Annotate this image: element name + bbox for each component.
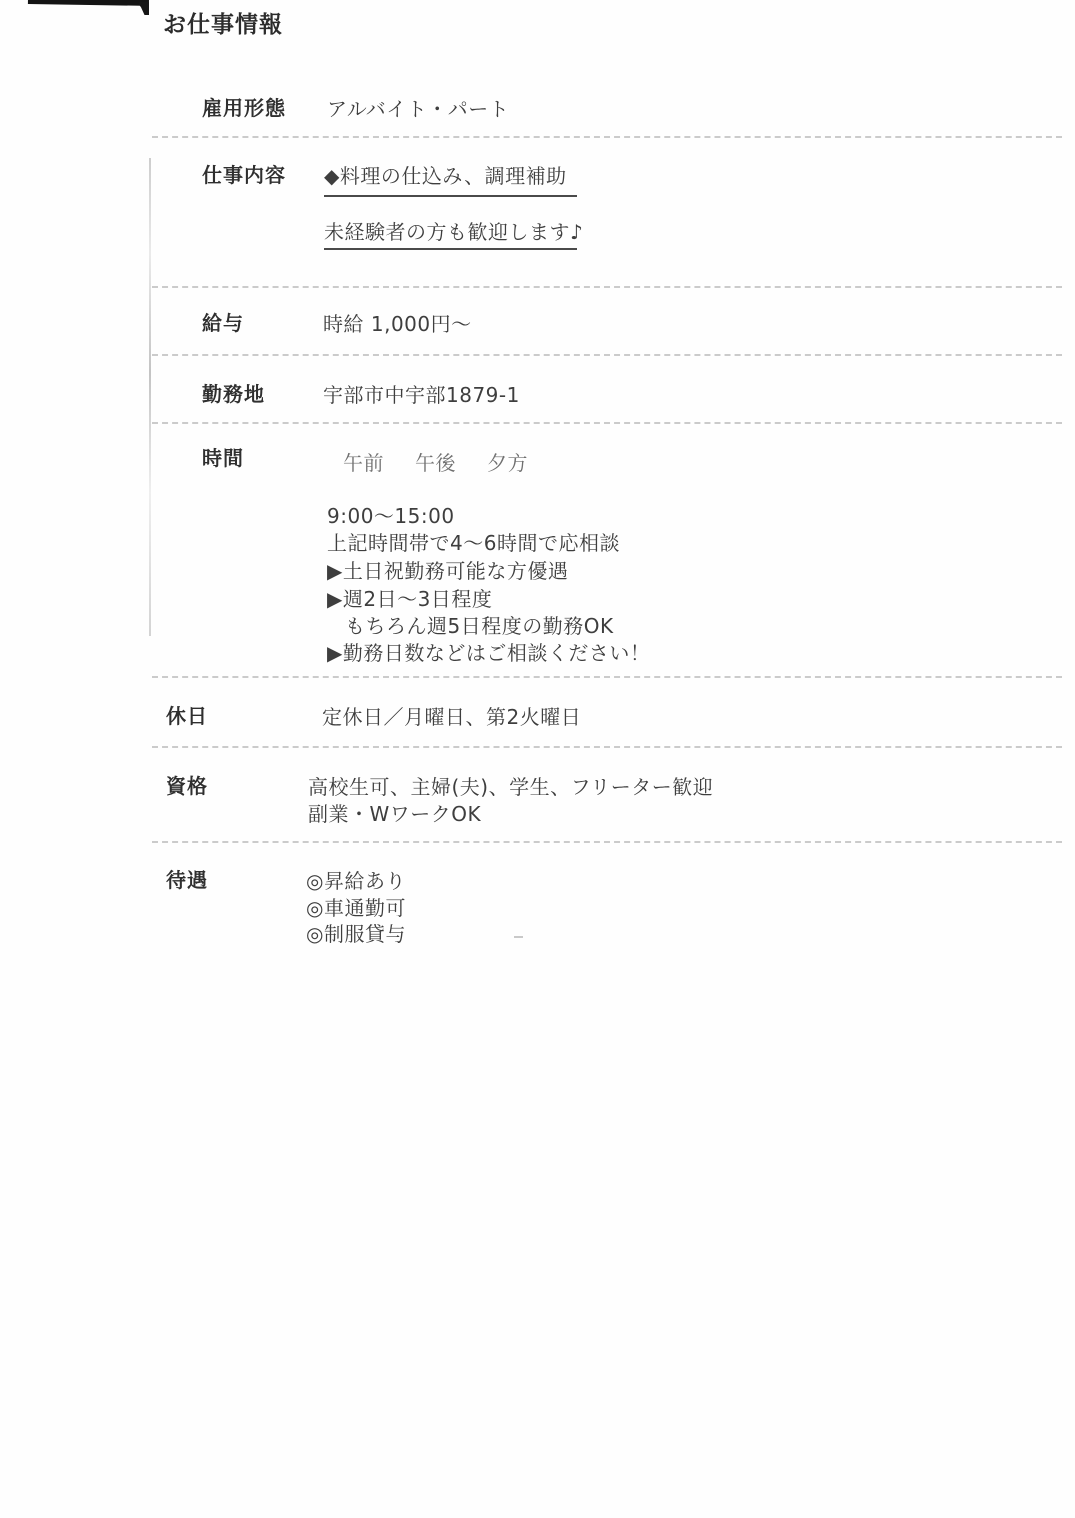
row-label-salary: 給与 [202, 307, 244, 336]
qualifications-line2: 副業・WワークOK [308, 798, 481, 827]
page-title: お仕事情報 [163, 6, 283, 39]
row-label-location: 勤務地 [202, 378, 265, 407]
row-label-benefits: 待遇 [166, 864, 208, 893]
row-separator [152, 286, 1062, 288]
hours-period-tabs: 午前 午後 夕方 [343, 447, 528, 476]
row-separator [152, 354, 1062, 356]
job-description-line1: ◆料理の仕込み、調理補助 [324, 160, 567, 189]
benefits-line2: ◎車通勤可 [306, 892, 406, 921]
row-value-holidays: 定休日／月曜日、第2火曜日 [322, 701, 581, 730]
scanned-job-info-document: お仕事情報 雇用形態 アルバイト・パート 仕事内容 ◆料理の仕込み、調理補助 未… [0, 0, 1075, 1518]
row-value-salary: 時給 1,000円～ [323, 308, 472, 337]
period-morning: 午前 [343, 447, 384, 476]
job-description-underline-top [324, 195, 577, 197]
row-separator [152, 422, 1062, 424]
hours-note-4: もちろん週5日程度の勤務OK [345, 610, 614, 639]
period-afternoon: 午後 [415, 447, 456, 476]
scan-artifact-bottom-dash [514, 936, 523, 938]
scan-artifact-left-line [149, 158, 151, 636]
hours-note-3: ▶週2日～3日程度 [327, 583, 492, 612]
period-evening: 夕方 [487, 447, 528, 476]
row-value-location: 宇部市中宇部1879-1 [323, 379, 520, 408]
row-separator [152, 136, 1062, 138]
row-separator [152, 676, 1062, 678]
hours-note-1: 上記時間帯で4～6時間で応相談 [327, 527, 620, 556]
hours-time-range: 9:00～15:00 [327, 500, 455, 529]
job-description-line2: 未経験者の方も歓迎します♪ [324, 216, 583, 245]
row-label-employment-type: 雇用形態 [202, 92, 286, 121]
hours-note-2: ▶土日祝勤務可能な方優遇 [327, 555, 568, 584]
row-label-hours: 時間 [202, 442, 244, 471]
hours-note-5: ▶勤務日数などはご相談ください！ [327, 637, 650, 666]
benefits-line3: ◎制服貸与 [306, 918, 406, 947]
row-separator [152, 746, 1062, 748]
row-separator [152, 841, 1062, 843]
row-label-holidays: 休日 [166, 700, 208, 729]
benefits-line1: ◎昇給あり [306, 865, 406, 894]
row-label-job-description: 仕事内容 [202, 159, 286, 188]
scan-artifact-top-hook [139, 2, 149, 15]
scan-artifact-top-bar [28, 0, 149, 6]
qualifications-line1: 高校生可、主婦(夫)、学生、フリーター歓迎 [308, 771, 713, 800]
job-description-underline-bottom [324, 248, 577, 250]
row-label-qualifications: 資格 [166, 770, 208, 799]
row-value-employment-type: アルバイト・パート [327, 93, 509, 122]
